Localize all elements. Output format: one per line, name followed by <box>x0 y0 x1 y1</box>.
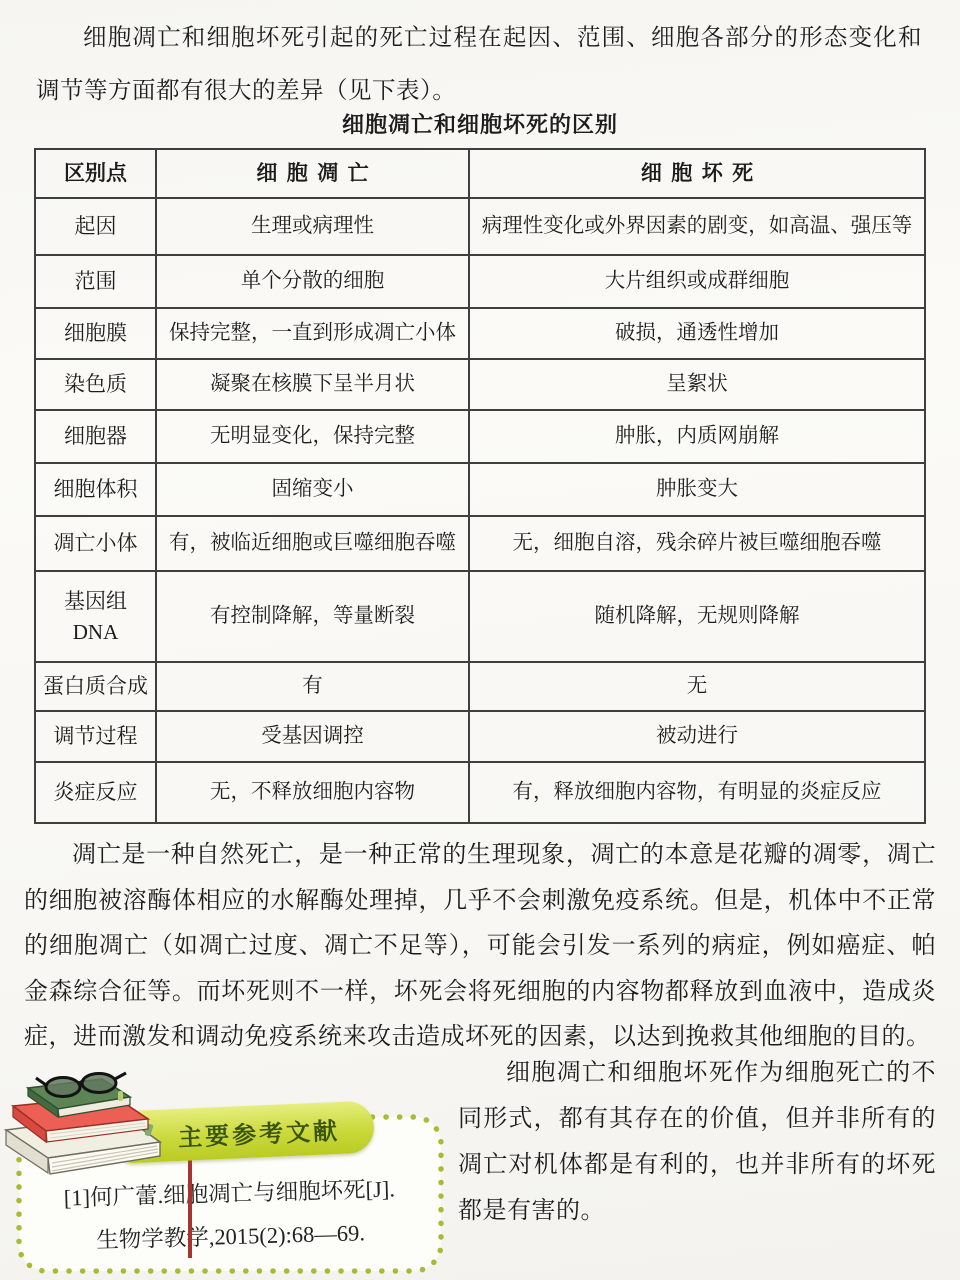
apoptosis-cell: 有 <box>156 662 469 711</box>
body-paragraph: 凋亡是一种自然死亡，是一种正常的生理现象，凋亡的本意是花瓣的凋零，凋亡的细胞被溶… <box>24 833 936 1061</box>
table-row: 起因 生理或病理性 病理性变化或外界因素的剧变，如高温、强压等 <box>35 198 925 255</box>
closing-paragraph: 细胞凋亡和细胞坏死作为细胞死亡的不同形式，都有其存在的价值，但并非所有的凋亡对机… <box>458 1050 936 1234</box>
row-label: 炎症反应 <box>35 762 156 823</box>
row-label: 细胞膜 <box>35 308 156 359</box>
necrosis-cell: 肿胀变大 <box>469 463 925 516</box>
header-cell-apoptosis: 细胞凋亡 <box>156 149 469 198</box>
row-label: 凋亡小体 <box>35 516 156 571</box>
row-label: 基因组 DNA <box>35 571 156 662</box>
row-label: 染色质 <box>35 359 156 410</box>
comparison-table: 区别点 细胞凋亡 细胞坏死 起因 生理或病理性 病理性变化或外界因素的剧变，如高… <box>34 148 926 824</box>
table-row: 基因组 DNA 有控制降解，等量断裂 随机降解，无规则降解 <box>35 571 925 662</box>
table-row: 细胞体积 固缩变小 肿胀变大 <box>35 463 925 516</box>
apoptosis-cell: 单个分散的细胞 <box>156 255 469 308</box>
apoptosis-cell: 受基因调控 <box>156 711 469 762</box>
necrosis-cell: 有，释放细胞内容物，有明显的炎症反应 <box>469 762 925 823</box>
table-row: 范围 单个分散的细胞 大片组织或成群细胞 <box>35 255 925 308</box>
row-label: 细胞体积 <box>35 463 156 516</box>
apoptosis-cell: 无，不释放细胞内容物 <box>156 762 469 823</box>
necrosis-cell: 无 <box>469 662 925 711</box>
header-cell-criterion: 区别点 <box>35 149 156 198</box>
necrosis-cell: 被动进行 <box>469 711 925 762</box>
necrosis-cell: 随机降解，无规则降解 <box>469 571 925 662</box>
table-title: 细胞凋亡和细胞坏死的区别 <box>0 108 960 139</box>
table-row: 炎症反应 无，不释放细胞内容物 有，释放细胞内容物，有明显的炎症反应 <box>35 762 925 823</box>
row-label: 范围 <box>35 255 156 308</box>
table-row: 调节过程 受基因调控 被动进行 <box>35 711 925 762</box>
necrosis-cell: 破损，通透性增加 <box>469 308 925 359</box>
textbook-page: 细胞凋亡和细胞坏死引起的死亡过程在起因、范围、细胞各部分的形态变化和调节等方面都… <box>0 0 960 1280</box>
row-label: 起因 <box>35 198 156 255</box>
necrosis-cell: 病理性变化或外界因素的剧变，如高温、强压等 <box>469 198 925 255</box>
apoptosis-cell: 保持完整，一直到形成凋亡小体 <box>156 308 469 359</box>
apoptosis-cell: 无明显变化，保持完整 <box>156 410 469 463</box>
necrosis-cell: 肿胀，内质网崩解 <box>469 410 925 463</box>
table-row: 染色质 凝聚在核膜下呈半月状 呈絮状 <box>35 359 925 410</box>
reference-label: 主要参考文献 <box>151 1110 340 1153</box>
table-header-row: 区别点 细胞凋亡 细胞坏死 <box>35 149 925 198</box>
table-row: 蛋白质合成 有 无 <box>35 662 925 711</box>
apoptosis-cell: 固缩变小 <box>156 463 469 516</box>
apoptosis-cell: 凝聚在核膜下呈半月状 <box>156 359 469 410</box>
books-icon <box>0 1058 176 1188</box>
apoptosis-cell: 有控制降解，等量断裂 <box>156 571 469 662</box>
table-row: 细胞膜 保持完整，一直到形成凋亡小体 破损，通透性增加 <box>35 308 925 359</box>
bookmark-ribbon <box>188 1160 192 1258</box>
row-label: 细胞器 <box>35 410 156 463</box>
necrosis-cell: 无，细胞自溶，残余碎片被巨噬细胞吞噬 <box>469 516 925 571</box>
row-label: 蛋白质合成 <box>35 662 156 711</box>
header-cell-necrosis: 细胞坏死 <box>469 149 925 198</box>
row-label: 调节过程 <box>35 711 156 762</box>
table-row: 细胞器 无明显变化，保持完整 肿胀，内质网崩解 <box>35 410 925 463</box>
apoptosis-cell: 生理或病理性 <box>156 198 469 255</box>
apoptosis-cell: 有，被临近细胞或巨噬细胞吞噬 <box>156 516 469 571</box>
intro-paragraph: 细胞凋亡和细胞坏死引起的死亡过程在起因、范围、细胞各部分的形态变化和调节等方面都… <box>36 12 922 118</box>
table-row: 凋亡小体 有，被临近细胞或巨噬细胞吞噬 无，细胞自溶，残余碎片被巨噬细胞吞噬 <box>35 516 925 571</box>
necrosis-cell: 大片组织或成群细胞 <box>469 255 925 308</box>
necrosis-cell: 呈絮状 <box>469 359 925 410</box>
